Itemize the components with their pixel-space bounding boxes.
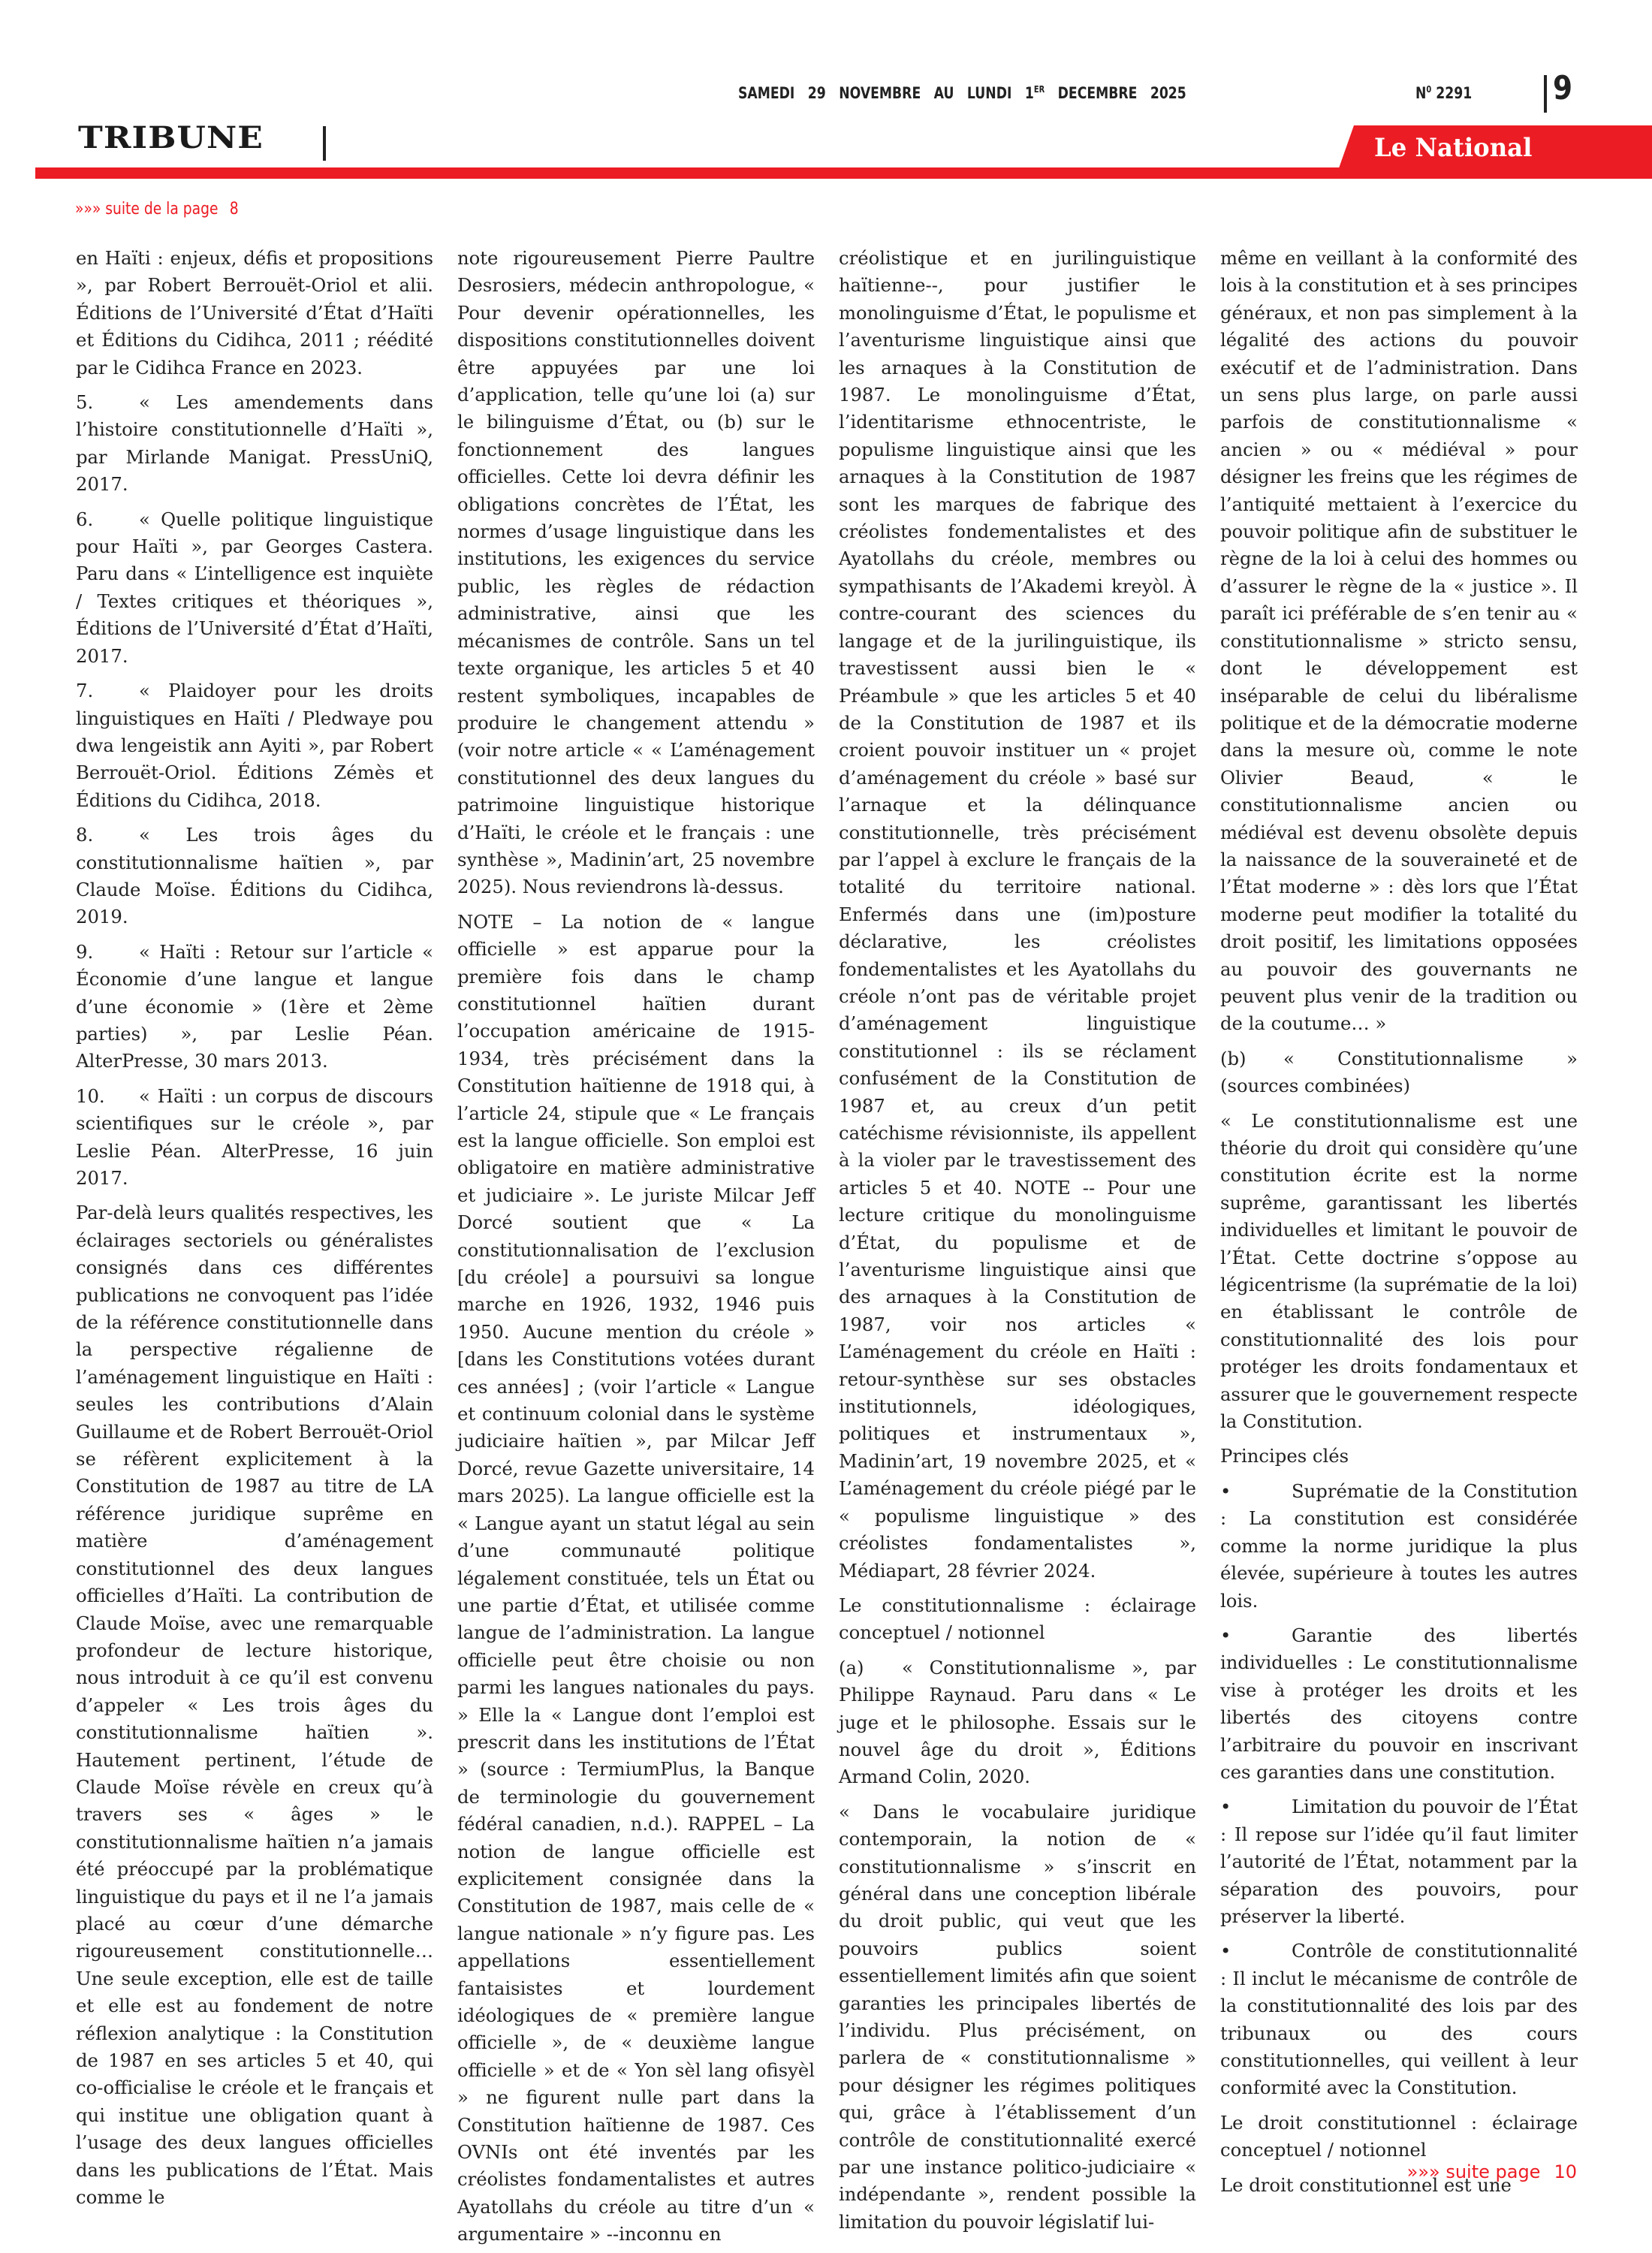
continued-from-link[interactable]: »»» suite de la page8 <box>75 200 239 219</box>
paragraph: en Haïti : enjeux, défis et propositions… <box>76 245 433 382</box>
section-divider <box>323 126 326 161</box>
reference-number: 9. <box>76 939 139 966</box>
article-column-1: en Haïti : enjeux, défis et propositions… <box>76 245 433 2218</box>
issue-sup: 0 <box>1426 84 1431 95</box>
bullet-icon: • <box>1220 1938 1292 1965</box>
subheading: Le constitutionnalisme : éclairage conce… <box>839 1592 1196 1647</box>
reference-number: 8. <box>76 822 139 849</box>
article-column-2: note rigoureusement Pierre Paultre Desro… <box>457 245 815 2253</box>
brand-logo: Le National <box>1374 133 1532 163</box>
paragraph-text: Par-delà leurs qualités respectives, les… <box>76 1202 433 2208</box>
subheading-text: Le constitutionnalisme : éclairage conce… <box>839 1594 1196 1643</box>
quote-paragraph: « Dans le vocabulaire juridique contempo… <box>839 1799 1196 2236</box>
date-text: SAMEDI 29 NOVEMBRE AU LUNDI 1 <box>738 84 1034 102</box>
reference-number: 5. <box>76 389 139 416</box>
continued-on-link[interactable]: »»» suite page10 <box>1407 2161 1577 2182</box>
reference-item: 10.« Haïti : un corpus de discours scien… <box>76 1083 433 1193</box>
paragraph-text: créolistique et en jurilinguistique haït… <box>839 247 1196 1582</box>
bullet-item: •Limitation du pouvoir de l’État : Il re… <box>1220 1793 1578 1930</box>
bullet-item: •Contrôle de constitutionnalité : Il inc… <box>1220 1938 1578 2101</box>
bullet-icon: • <box>1220 1793 1292 1820</box>
subheading-text: Principes clés <box>1220 1445 1349 1467</box>
section-title: TRIBUNE <box>78 120 264 155</box>
bullet-icon: • <box>1220 1622 1292 1649</box>
article-column-4: même en veillant à la conformité des loi… <box>1220 245 1578 2206</box>
continued-from-label: »»» suite de la page <box>75 200 218 219</box>
reference-item: 6.« Quelle politique linguistique pour H… <box>76 506 433 670</box>
continued-on-page: 10 <box>1554 2161 1577 2182</box>
reference-number: 6. <box>76 506 139 533</box>
bullet-item: •Garantie des libertés individuelles : L… <box>1220 1622 1578 1786</box>
reference-item: (a)« Constitutionnalisme », par Philippe… <box>839 1654 1196 1791</box>
paragraph-text: « Dans le vocabulaire juridique contempo… <box>839 1801 1196 2233</box>
reference-item: 9.« Haïti : Retour sur l’article « Écono… <box>76 939 433 1075</box>
reference-number: (a) <box>839 1654 902 1681</box>
newspaper-page: SAMEDI 29 NOVEMBRE AU LUNDI 1ER DECEMBRE… <box>0 0 1652 2253</box>
bullet-item: •Suprématie de la Constitution : La cons… <box>1220 1478 1578 1615</box>
paragraph-text: note rigoureusement Pierre Paultre Desro… <box>457 247 815 897</box>
quote-paragraph: « Le constitutionnalisme est une théorie… <box>1220 1108 1578 1436</box>
paragraph: créolistique et en jurilinguistique haït… <box>839 245 1196 1585</box>
dateline: SAMEDI 29 NOVEMBRE AU LUNDI 1ER DECEMBRE… <box>738 84 1186 102</box>
reference-number: 7. <box>76 677 139 704</box>
reference-number: (b) <box>1220 1045 1283 1072</box>
issue-number: N0 2291 <box>1415 84 1472 102</box>
subheading: Le droit constitutionnel : éclairage con… <box>1220 2110 1578 2164</box>
header-red-rule <box>35 167 1507 179</box>
bullet-icon: • <box>1220 1478 1292 1505</box>
continued-on-label: »»» suite page <box>1407 2161 1541 2182</box>
paragraph: même en veillant à la conformité des loi… <box>1220 245 1578 1038</box>
paragraph-text: en Haïti : enjeux, défis et propositions… <box>76 247 433 379</box>
paragraph: note rigoureusement Pierre Paultre Desro… <box>457 245 815 901</box>
subheading-text: Le droit constitutionnel : éclairage con… <box>1220 2112 1578 2161</box>
paragraph: Par-delà leurs qualités respectives, les… <box>76 1199 433 2211</box>
subheading: Principes clés <box>1220 1443 1578 1470</box>
paragraph-text: même en veillant à la conformité des loi… <box>1220 247 1578 1034</box>
reference-item: (b)« Constitutionnalisme » (sources comb… <box>1220 1045 1578 1100</box>
date-text-2: DECEMBRE 2025 <box>1058 84 1186 102</box>
note-paragraph: NOTE – La notion de « langue officielle … <box>457 909 815 2248</box>
issue-value: 2291 <box>1436 84 1472 102</box>
continued-from-page: 8 <box>230 200 239 219</box>
page-number-divider <box>1544 75 1547 113</box>
reference-number: 10. <box>76 1083 139 1110</box>
issue-prefix: N <box>1415 84 1426 102</box>
reference-item: 8.« Les trois âges du constitutionnalism… <box>76 822 433 931</box>
paragraph-text: « Le constitutionnalisme est une théorie… <box>1220 1110 1578 1432</box>
page-number: 9 <box>1553 69 1572 107</box>
date-superscript: ER <box>1034 84 1045 95</box>
paragraph-text: NOTE – La notion de « langue officielle … <box>457 911 815 2245</box>
reference-item: 7.« Plaidoyer pour les droits linguistiq… <box>76 677 433 814</box>
article-column-3: créolistique et en jurilinguistique haït… <box>839 245 1196 2243</box>
reference-item: 5.« Les amendements dans l’histoire cons… <box>76 389 433 499</box>
